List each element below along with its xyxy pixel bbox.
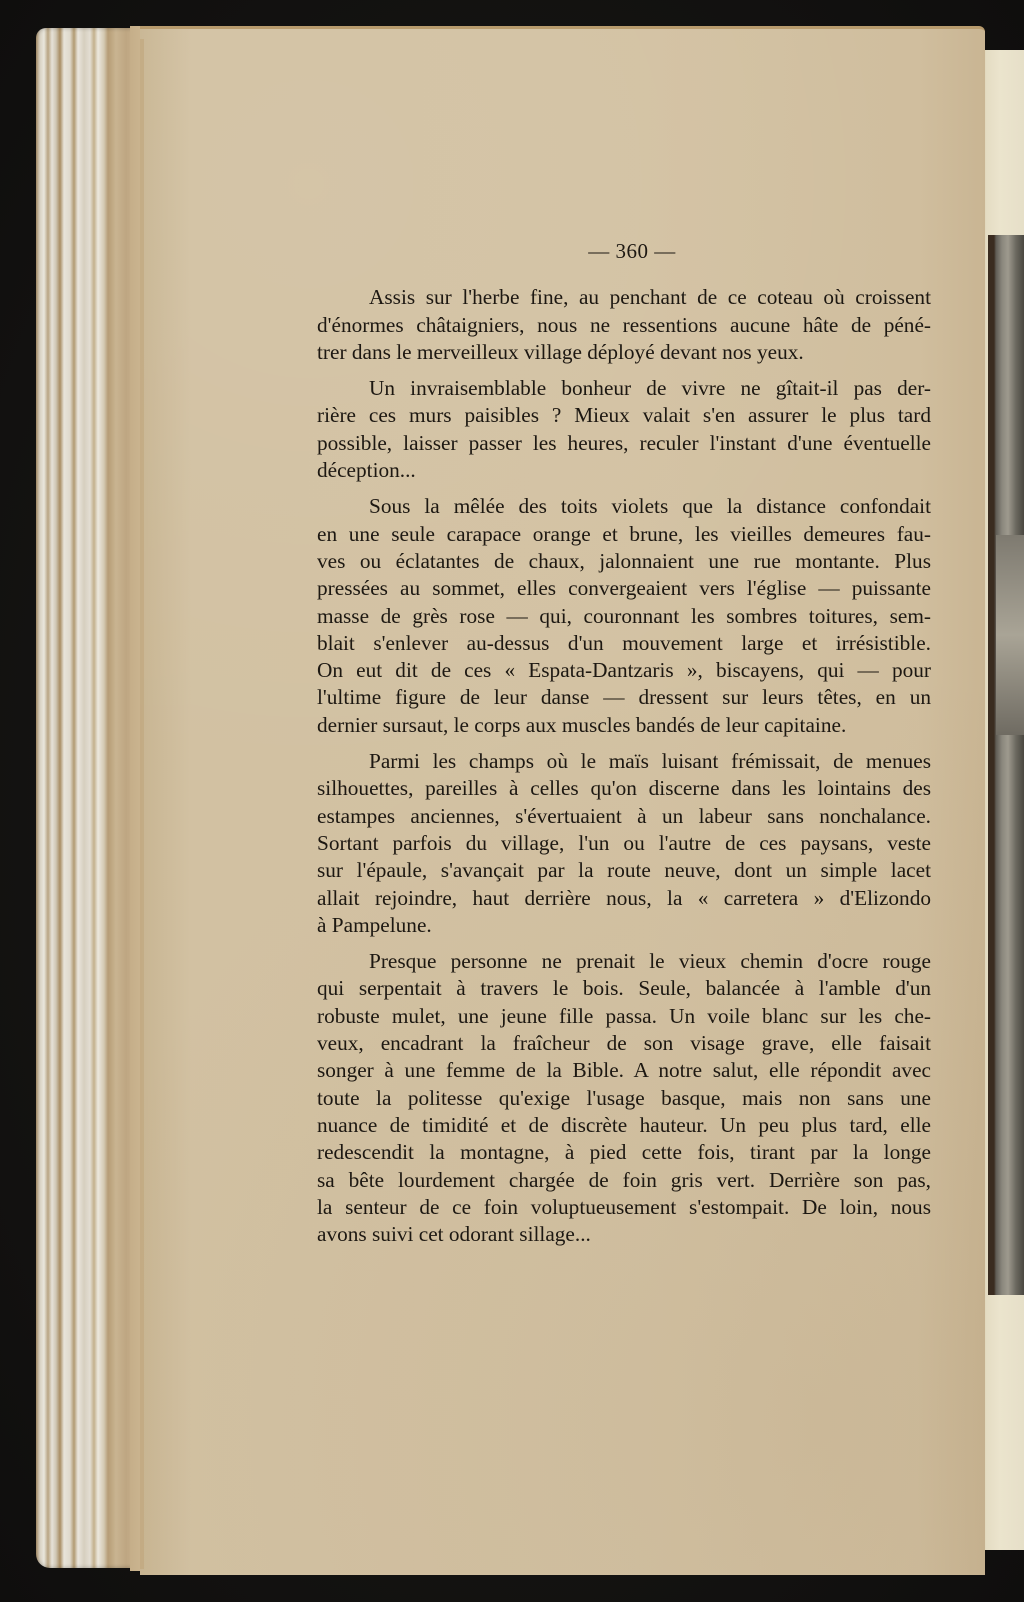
text-line: Sortant parfois du village, l'un ou l'au… bbox=[317, 830, 931, 857]
text-line: estampes anciennes, s'évertuaient à un l… bbox=[317, 803, 931, 830]
text-line: qui serpentait à travers le bois. Seule,… bbox=[317, 975, 931, 1002]
text-line: ves ou éclatantes de chaux, jalonnaient … bbox=[317, 548, 931, 575]
text-line: l'ultime figure de leur danse — dressent… bbox=[317, 684, 931, 711]
text-line: songer à une femme de la Bible. A notre … bbox=[317, 1057, 931, 1084]
text-line: nuance de timidité et de discrète hauteu… bbox=[317, 1112, 931, 1139]
page-number: — 360 — bbox=[333, 238, 931, 265]
page-gutter-shadow bbox=[140, 39, 144, 1569]
text-line: avons suivi cet odorant sillage... bbox=[317, 1221, 931, 1248]
text-line: veux, encadrant la fraîcheur de son visa… bbox=[317, 1030, 931, 1057]
text-line: rière ces murs paisibles ? Mieux valait … bbox=[317, 402, 931, 429]
text-line: Sous la mêlée des toits violets que la d… bbox=[317, 493, 931, 520]
paragraph: Sous la mêlée des toits violets que la d… bbox=[317, 493, 931, 739]
text-line: allait rejoindre, haut derrière nous, la… bbox=[317, 885, 931, 912]
text-line: possible, laisser passer les heures, rec… bbox=[317, 430, 931, 457]
text-line: silhouettes, pareilles à celles qu'on di… bbox=[317, 775, 931, 802]
text-line: Presque personne ne prenait le vieux che… bbox=[317, 948, 931, 975]
text-line: pressées au sommet, elles convergeaient … bbox=[317, 575, 931, 602]
text-line: redescendit la montagne, à pied cette fo… bbox=[317, 1139, 931, 1166]
text-line: d'énormes châtaigniers, nous ne ressenti… bbox=[317, 312, 931, 339]
text-line: Un invraisemblable bonheur de vivre ne g… bbox=[317, 375, 931, 402]
text-line: On eut dit de ces « Espata-Dantzaris », … bbox=[317, 657, 931, 684]
text-line: toute la politesse qu'exige l'usage basq… bbox=[317, 1085, 931, 1112]
text-line: blait s'enlever au-dessus d'un mouvement… bbox=[317, 630, 931, 657]
text-line: robuste mulet, une jeune fille passa. Un… bbox=[317, 1003, 931, 1030]
text-line: sa bête lourdement chargée de foin gris … bbox=[317, 1167, 931, 1194]
text-line: dernier sursaut, le corps aux muscles ba… bbox=[317, 712, 931, 739]
adjacent-page-photograph bbox=[988, 235, 1024, 1295]
text-line: Assis sur l'herbe fine, au penchant de c… bbox=[317, 284, 931, 311]
text-line: déception... bbox=[317, 457, 931, 484]
paragraph: Parmi les champs où le maïs luisant frém… bbox=[317, 748, 931, 939]
text-line: masse de grès rose — qui, couronnant les… bbox=[317, 603, 931, 630]
paragraph: Assis sur l'herbe fine, au penchant de c… bbox=[317, 284, 931, 366]
text-line: à Pampelune. bbox=[317, 912, 931, 939]
text-line: Parmi les champs où le maïs luisant frém… bbox=[317, 748, 931, 775]
text-line: la senteur de ce foin voluptueusement s'… bbox=[317, 1194, 931, 1221]
text-line: trer dans le merveilleux village déployé… bbox=[317, 339, 931, 366]
paragraph: Presque personne ne prenait le vieux che… bbox=[317, 948, 931, 1248]
text-line: en une seule carapace orange et brune, l… bbox=[317, 521, 931, 548]
page-text-block: — 360 — Assis sur l'herbe fine, au pench… bbox=[317, 238, 931, 1257]
paragraph: Un invraisemblable bonheur de vivre ne g… bbox=[317, 375, 931, 484]
text-line: sur l'épaule, s'avançait par la route ne… bbox=[317, 857, 931, 884]
